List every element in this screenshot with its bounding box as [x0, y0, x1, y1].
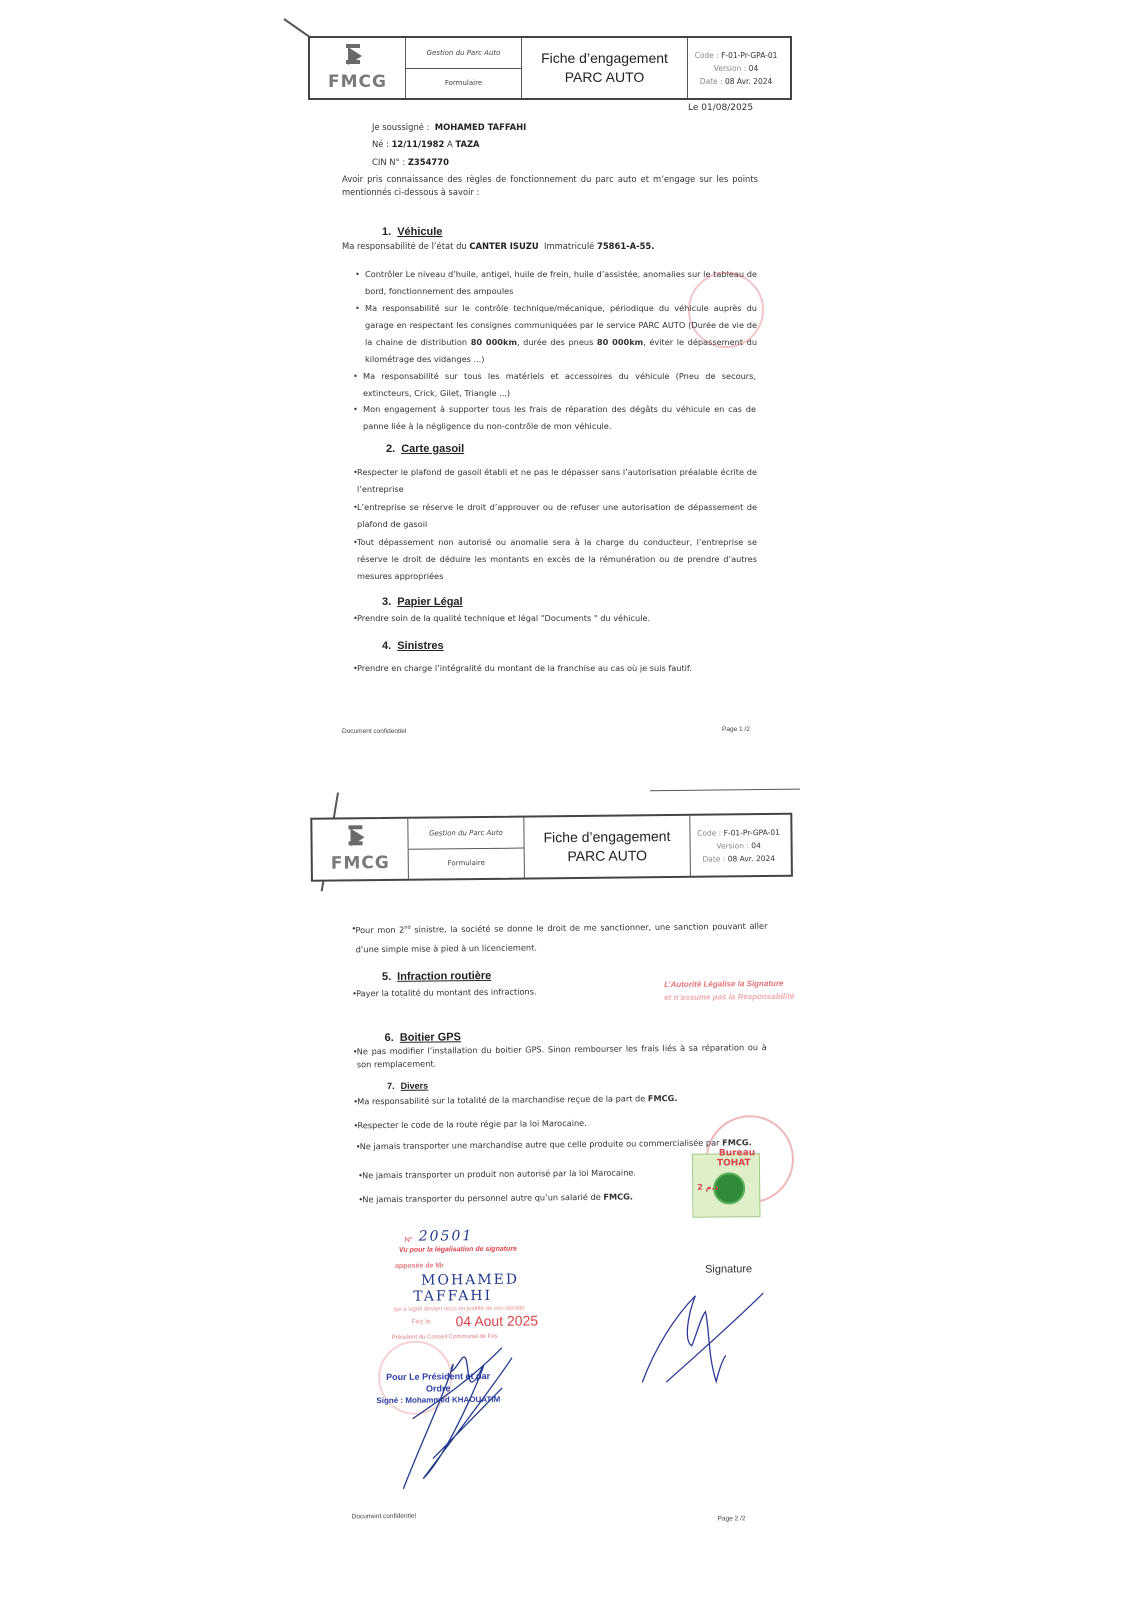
- list-item: •Ma responsabilité sur tous les matériel…: [363, 368, 756, 402]
- list-item: •Payer la totalité du montant des infrac…: [356, 982, 656, 1002]
- bullet-text: Prendre soin de la qualité technique et …: [357, 613, 650, 623]
- identity-cin: CIN N° : Z354770: [372, 154, 449, 171]
- list-item: •Prendre soin de la qualité technique et…: [357, 610, 757, 627]
- document-date: Le 01/08/2025: [688, 103, 753, 113]
- section-7-title: 7.Divers: [387, 1081, 428, 1091]
- legalisation-place: Fès le: [412, 1319, 431, 1326]
- fmcg-arrow-icon: [346, 44, 370, 68]
- intro-paragraph: Avoir pris connaissance des règles de fo…: [342, 173, 758, 199]
- bullet-text: Prendre en charge l’intégralité du monta…: [357, 663, 692, 673]
- section-6-title: 6.Boitier GPS: [385, 1031, 461, 1044]
- list-item: •Mon engagement à supporter tous les fra…: [363, 401, 756, 435]
- list-item: •Tout dépassement non autorisé ou anomal…: [357, 534, 757, 585]
- header-meta: Code : F-01-Pr-GPA-01 Version : 04 Date …: [688, 38, 784, 98]
- footer-left: Document confidentiel: [342, 728, 406, 735]
- logo-text: FMCG: [331, 853, 390, 874]
- title-line-1: Fiche d’engagement: [541, 49, 668, 68]
- company-logo: FMCG: [312, 819, 409, 880]
- birth-date: 12/11/1982: [392, 139, 445, 149]
- employee-signature: [635, 1285, 776, 1386]
- header-category: Gestion du Parc Auto Formulaire: [406, 38, 522, 98]
- legalisation-place-label: Fès le: [412, 1319, 431, 1326]
- birth-label: Né :: [372, 139, 389, 149]
- title-line-2: PARC AUTO: [565, 68, 645, 87]
- soussigne-label: Je soussigné :: [372, 122, 429, 132]
- list-item: •L’entreprise se réserve le droit d’appr…: [357, 499, 757, 533]
- vehicle-lead-mid: Immatriculé: [544, 241, 594, 251]
- code-label: Code :: [697, 828, 721, 837]
- section-5-title: 5.Infraction routière: [382, 970, 491, 983]
- fmcg-arrow-icon: [348, 825, 372, 849]
- section-4-title: 4.Sinistres: [382, 640, 444, 652]
- legalisation-line-1: Vu pour la légalisation de signature: [399, 1246, 517, 1254]
- section-heading: Boitier GPS: [400, 1031, 461, 1044]
- code-value: F-01-Pr-GPA-01: [724, 827, 780, 837]
- header-title: Fiche d’engagement PARC AUTO: [524, 816, 691, 878]
- birth-a: A: [447, 139, 453, 149]
- section-1-title: 1.Véhicule: [382, 226, 442, 238]
- official-signature: [382, 1328, 524, 1499]
- bullet-text: Respecter le plafond de gasoil établi et…: [357, 467, 757, 494]
- section-heading: Carte gasoil: [401, 443, 464, 455]
- code-label: Code :: [695, 51, 719, 60]
- date-value: 08 Avr. 2024: [728, 853, 775, 862]
- section-heading: Divers: [401, 1081, 429, 1091]
- bullet-text: Respecter le code de la route régie par …: [357, 1118, 586, 1130]
- authority-stamp: L’Autorité Légalise la Signature et n’as…: [664, 977, 795, 1004]
- bullet-text: sinistre, la société se donne le droit d…: [356, 921, 768, 954]
- footer-page-number: Page 2 /2: [718, 1515, 746, 1522]
- bullet-text: L’entreprise se réserve le droit d’appro…: [357, 502, 757, 529]
- legalisation-number-value: 20501: [419, 1228, 474, 1245]
- version-value: 04: [749, 64, 759, 73]
- cin-value: Z354770: [408, 157, 449, 167]
- section-heading: Papier Légal: [397, 596, 462, 608]
- cin-label: CIN N° :: [372, 157, 405, 167]
- section-number: 7.: [387, 1081, 395, 1091]
- header-title: Fiche d’engagement PARC AUTO: [522, 38, 688, 98]
- bullet-text: Pour mon 2: [355, 925, 404, 936]
- version-label: Version :: [714, 64, 747, 73]
- commune-stamp: [688, 272, 764, 348]
- identity-birth: Né : 12/11/1982 A TAZA: [372, 136, 480, 153]
- date-label: Date :: [702, 854, 725, 863]
- header-meta: Code : F-01-Pr-GPA-01 Version : 04 Date …: [690, 815, 787, 876]
- section-heading: Infraction routière: [397, 970, 491, 983]
- bullet-text: Ne jamais transporter du personnel autre…: [362, 1191, 633, 1204]
- date-label: Date :: [700, 77, 723, 86]
- legalisation-line-2: apposée de Mr: [395, 1262, 444, 1270]
- section-number: 3.: [382, 596, 391, 608]
- authority-stamp-line-2: et n’assume pas la Responsabilité: [664, 990, 794, 1004]
- footer-left: Document confidentiel: [352, 1513, 416, 1521]
- fiscal-amount: 2 د.م: [697, 1183, 718, 1192]
- document-header: FMCG Gestion du Parc Auto Formulaire Fic…: [310, 813, 793, 882]
- fiscal-stamp: Bureau TOHAT 2 د.م: [692, 1153, 761, 1218]
- section-number: 5.: [382, 971, 391, 983]
- section-number: 6.: [385, 1032, 394, 1044]
- header-doc-type: Formulaire: [406, 69, 521, 99]
- section-number: 4.: [382, 640, 391, 652]
- logo-text: FMCG: [328, 72, 387, 92]
- company-logo: FMCG: [310, 38, 406, 98]
- title-line-2: PARC AUTO: [567, 846, 647, 866]
- list-item: •Ne pas modifier l’installation du boiti…: [357, 1041, 767, 1071]
- legalisation-name-1: MOHAMED: [421, 1272, 519, 1289]
- signature-label: Signature: [705, 1263, 752, 1275]
- bullet-text: Payer la totalité du montant des infract…: [356, 986, 537, 998]
- header-category: Gestion du Parc Auto Formulaire: [408, 818, 525, 879]
- vehicle-lead-prefix: Ma responsabilité de l’état du: [342, 241, 467, 251]
- vehicle-plate: 75861-A-55.: [597, 241, 654, 251]
- header-department: Gestion du Parc Auto: [408, 818, 523, 850]
- document-header: FMCG Gestion du Parc Auto Formulaire Fic…: [308, 36, 792, 100]
- section-heading: Véhicule: [397, 226, 442, 238]
- footer-page-number: Page 1 /2: [722, 726, 750, 733]
- bullet-text: Ne jamais transporter un produit non aut…: [362, 1167, 636, 1180]
- code-value: F-01-Pr-GPA-01: [721, 51, 777, 60]
- date-value: 08 Avr. 2024: [725, 77, 772, 86]
- section-number: 1.: [382, 226, 391, 238]
- vehicle-model: CANTER ISUZU: [469, 241, 538, 251]
- soussigne-value: MOHAMED TAFFAHI: [435, 122, 527, 132]
- legalisation-number: N°: [405, 1237, 413, 1244]
- fiscal-tohat: TOHAT: [717, 1158, 751, 1168]
- list-item: •Respecter le plafond de gasoil établi e…: [357, 464, 757, 498]
- bullet-text: Ne jamais transporter une marchandise au…: [360, 1137, 752, 1151]
- bullet-text: Ma responsabilité sur tous les matériels…: [363, 371, 756, 398]
- legalisation-number-label: N°: [405, 1237, 413, 1244]
- section-number: 2.: [386, 443, 395, 455]
- document-page-2: FMCG Gestion du Parc Auto Formulaire Fic…: [290, 784, 848, 1590]
- bullet-text: Ne pas modifier l’installation du boitie…: [357, 1042, 767, 1069]
- document-page-1: FMCG Gestion du Parc Auto Formulaire Fic…: [290, 10, 840, 770]
- list-item: •Prendre en charge l’intégralité du mont…: [357, 660, 757, 677]
- title-line-1: Fiche d’engagement: [543, 827, 670, 847]
- identity-name: Je soussigné : MOHAMED TAFFAHI: [372, 119, 526, 136]
- section-2-title: 2.Carte gasoil: [386, 443, 464, 455]
- bullet-text: Tout dépassement non autorisé ou anomali…: [357, 537, 757, 581]
- section-3-title: 3.Papier Légal: [382, 596, 463, 608]
- section-heading: Sinistres: [397, 640, 443, 652]
- version-label: Version :: [716, 841, 749, 850]
- vehicle-lead: Ma responsabilité de l’état du CANTER IS…: [342, 238, 654, 255]
- fiscal-bureau: Bureau: [719, 1148, 755, 1158]
- bullet-text: Mon engagement à supporter tous les frai…: [363, 404, 756, 431]
- version-value: 04: [751, 841, 761, 850]
- list-item: •Pour mon 2nd sinistre, la société se do…: [355, 915, 767, 959]
- bullet-text: Ma responsabilité sur la totalité de la …: [357, 1093, 677, 1106]
- header-doc-type: Formulaire: [409, 848, 524, 879]
- fold-mark: [650, 789, 800, 792]
- legalisation-name-2: TAFFAHI: [413, 1288, 492, 1305]
- list-item: •Ma responsabilité sur la totalité de la…: [357, 1089, 777, 1110]
- birth-place: TAZA: [455, 139, 479, 149]
- legalisation-date: 04 Aout 2025: [455, 1312, 538, 1329]
- header-department: Gestion du Parc Auto: [406, 38, 521, 69]
